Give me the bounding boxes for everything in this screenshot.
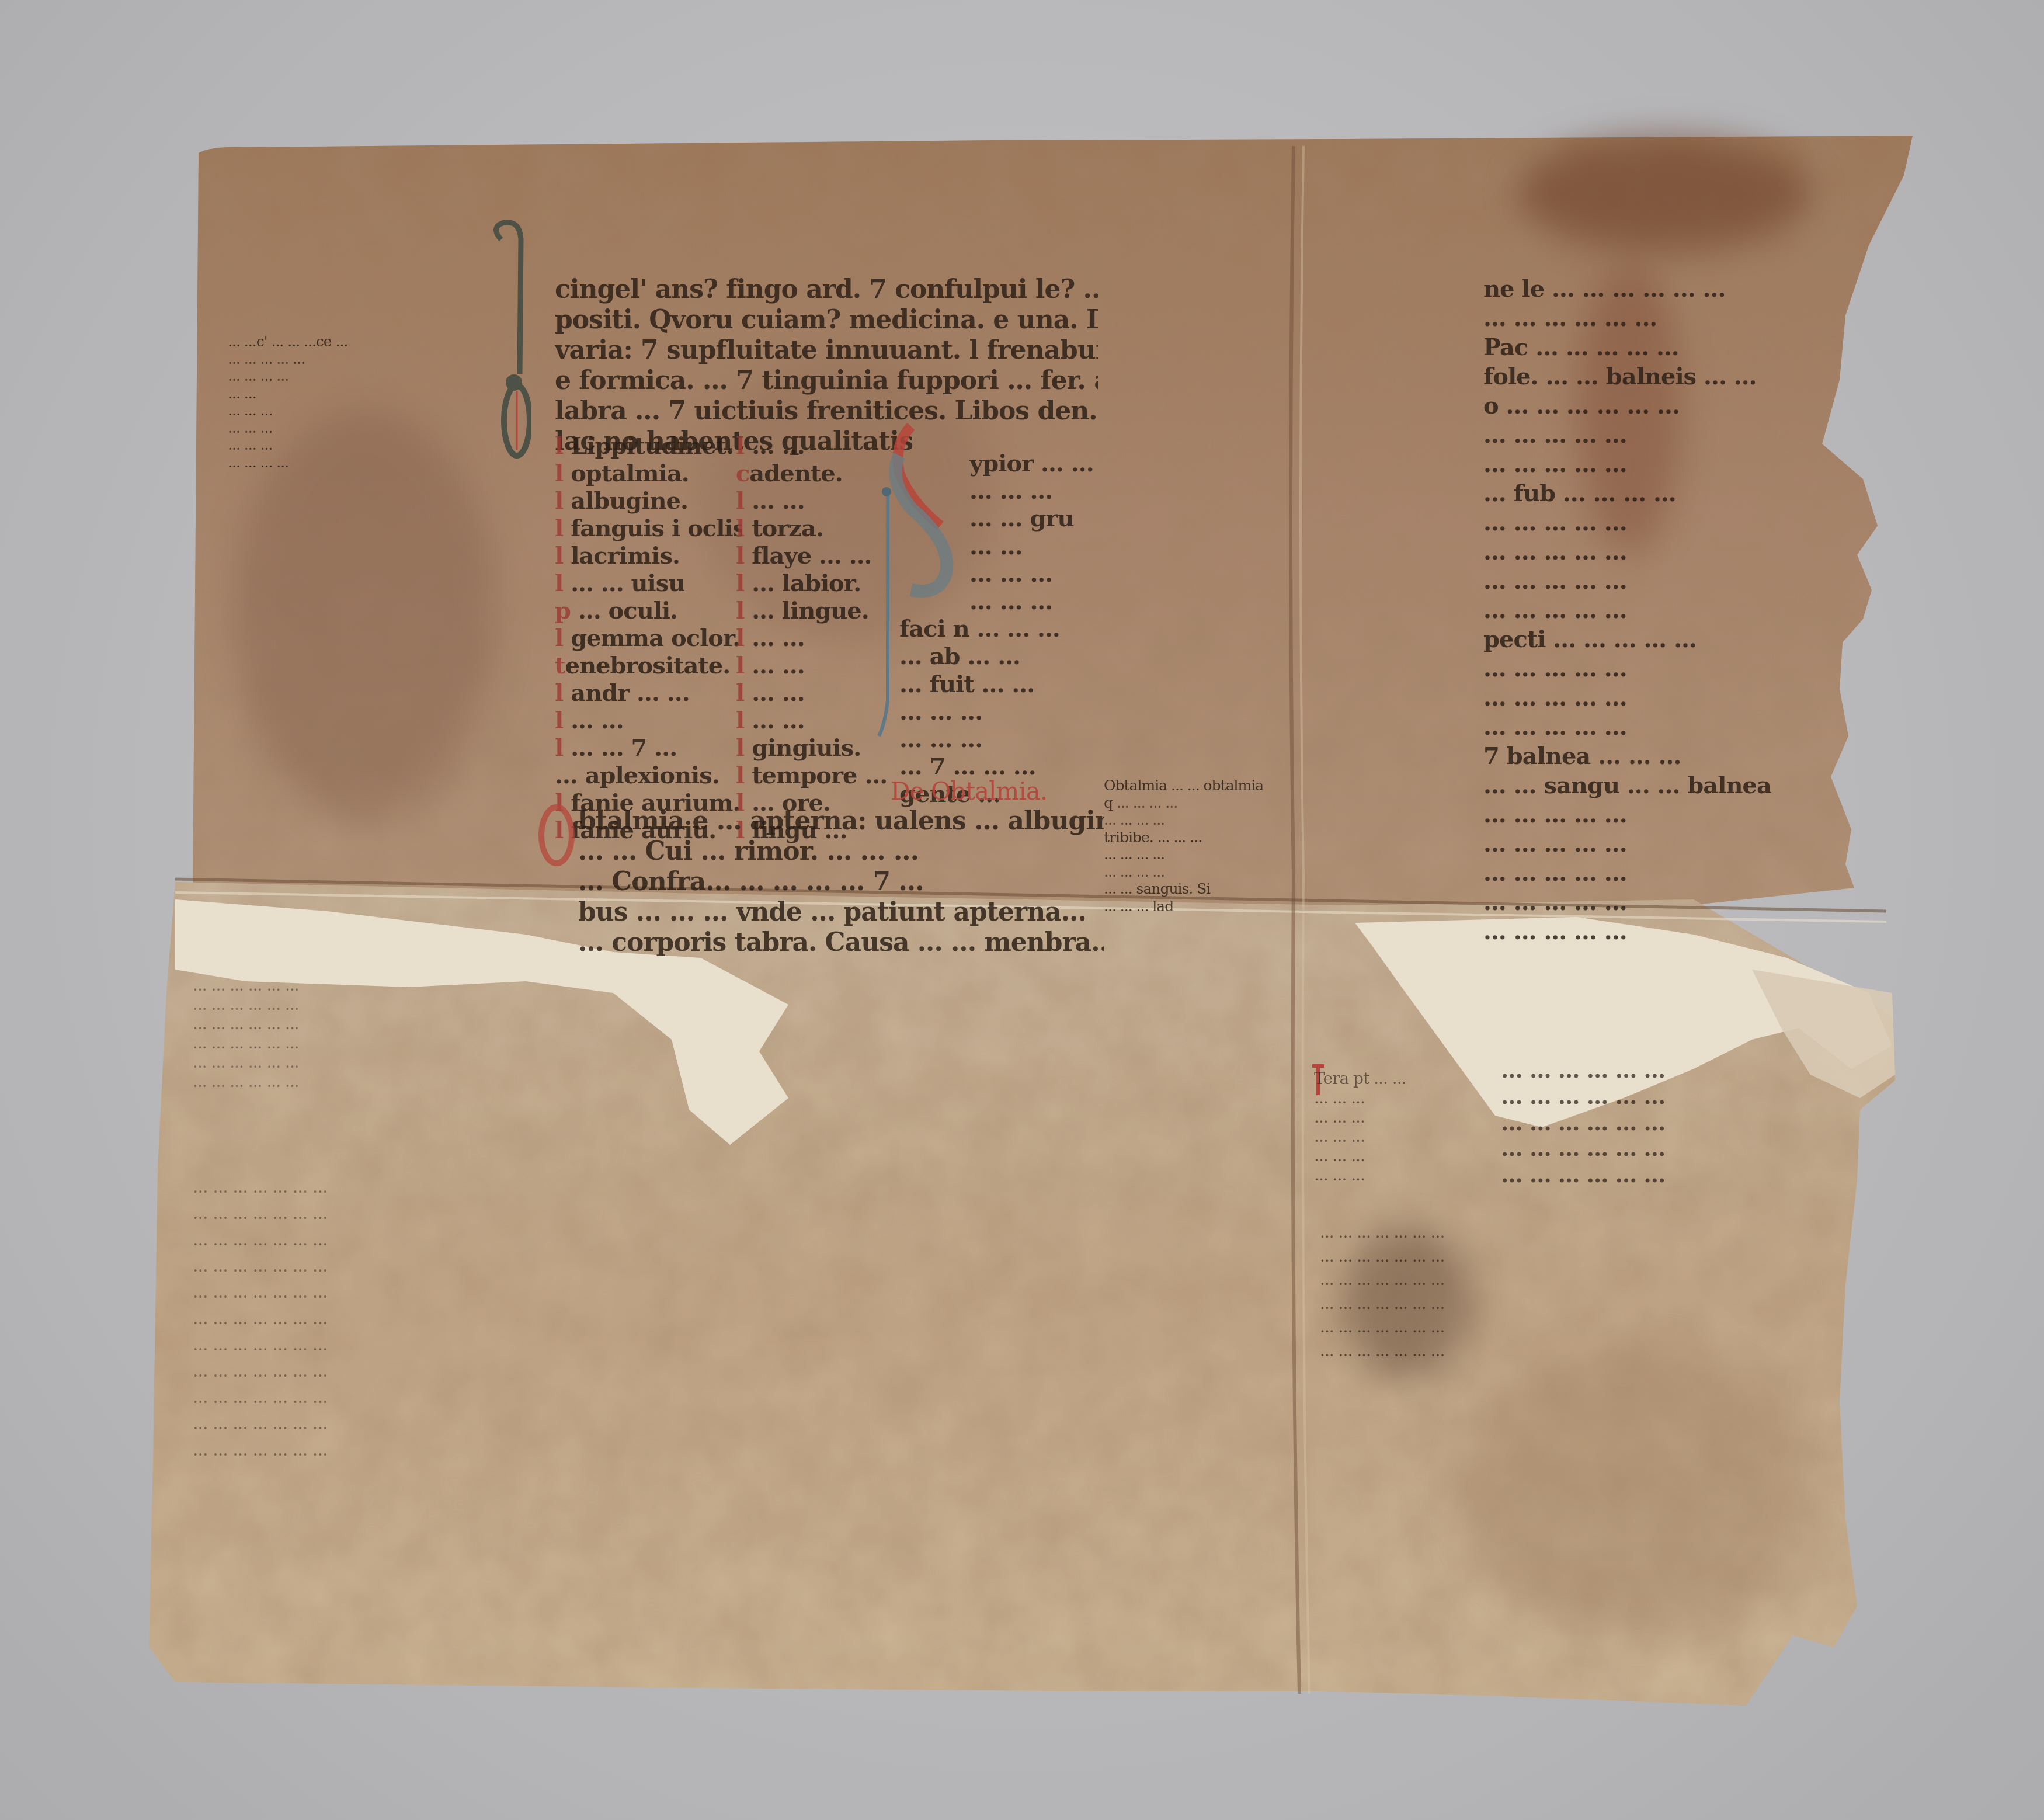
text-line: ... Confra... ... ... ... ... 7 ...: [578, 867, 1104, 897]
chapter-list-item: l ... labior.: [736, 569, 888, 597]
chapter-list-item: l albugine.: [555, 487, 742, 515]
gloss-line: ... ... ... ...: [1104, 811, 1279, 829]
text-line: ... fub ... ... ... ...: [1483, 479, 1845, 508]
initial-i-glyph-icon: [485, 216, 531, 467]
text-line: ... ... ... ... ...: [1483, 508, 1845, 537]
right-lower-text-b: ... ... ... ... ... ... ... ... ... ... …: [1320, 1221, 1845, 1363]
text-line: ... ... ... ... ...: [1483, 654, 1845, 683]
gloss-line: ... ... ... ...: [1104, 846, 1279, 863]
text-line: ... ... ... ... ...: [1483, 567, 1845, 596]
text-line: ... ... ... ... ...: [1483, 450, 1845, 479]
text-line: ... ... ... ... ... ... ...: [193, 1437, 1104, 1463]
text-line: labra ... 7 uictiuis frenitices. Libos d…: [555, 396, 1098, 426]
right-lower-gloss: Tera pt ... ... ... ... ... ... ... ... …: [1314, 1069, 1507, 1185]
gloss-line: q ... ... ... ...: [1104, 794, 1279, 812]
chapter-list-item: l ... ...: [736, 487, 888, 515]
text-line: ... ... ... ... ... ...: [193, 1053, 520, 1072]
text-line: positi. Qvoru cuiam? medicina. e una. Dc…: [555, 305, 1098, 335]
chapter-list-item: l torza.: [736, 515, 888, 542]
text-line: ... ... ... ... ... ... ...: [1320, 1268, 1845, 1292]
text-line: ... ... ... ... ... ...: [193, 995, 520, 1014]
chapter-list-item: l optalmia.: [555, 460, 742, 487]
text-line: ... ... ... ... ... ...: [1501, 1110, 1851, 1136]
chapter-list-item: l fanguis i oclis.: [555, 515, 742, 542]
text-line: o ... ... ... ... ... ...: [1483, 391, 1845, 421]
chapter-list-item: l tempore ...: [736, 762, 888, 789]
gloss-line: Obtalmia ... ... obtalmia: [1104, 777, 1279, 794]
chapter-list-item: l ... ...: [736, 679, 888, 707]
text-line: ... ... ... ... ... ...: [1501, 1083, 1851, 1110]
left-column-b-text: ypior ... ... ... ... ... ... ... gru ..…: [899, 450, 1104, 808]
text-line: ... ... ... ... ... ... ...: [1320, 1221, 1845, 1245]
text-line: faci n ... ... ...: [899, 615, 1104, 642]
text-line: ... ... ...: [1314, 1165, 1507, 1185]
text-line: ... ... ... ... ...: [1483, 683, 1845, 713]
right-main-text: ne le ... ... ... ... ... ... ... ... ..…: [1483, 275, 1845, 946]
chapter-list-item: l ... ... 7 ...: [555, 734, 742, 762]
text-line: ... ... ...: [1314, 1088, 1507, 1107]
text-line: ... ... Cui ... rimor. ... ... ...: [578, 836, 1104, 867]
text-line: ... ... ...: [1314, 1146, 1507, 1165]
left-lower-gloss: ... ... ... ... ... ... ... ... ... ... …: [193, 975, 520, 1091]
chapter-list-item: l ... ...: [736, 707, 888, 734]
text-line: 7 balnea ... ... ...: [1483, 742, 1845, 771]
chapter-list-item: tenebrositate.: [555, 652, 742, 679]
gloss-line: ... ... ... lad: [1104, 898, 1279, 915]
text-line: ... ... ... ... ... ... ...: [193, 1384, 1104, 1411]
text-line: ... ... ... ... ... ... ...: [1320, 1292, 1845, 1316]
chapter-list-item: l flaye ... ...: [736, 542, 888, 569]
text-line: ... ... ... ... ... ...: [193, 975, 520, 995]
chapter-list-item: l lacrimis.: [555, 542, 742, 569]
chapter-list-item: l Lippitudinet.: [555, 432, 742, 460]
text-line: pecti ... ... ... ... ...: [1483, 625, 1845, 654]
text-line: ... ... ... ... ... ... ...: [193, 1279, 1104, 1305]
text-line: ... ... ... ... ...: [1483, 713, 1845, 742]
text-line: ... fuit ... ...: [899, 671, 1104, 698]
text-line: ... ... ... ... ...: [1483, 421, 1845, 450]
stain: [1518, 134, 1810, 251]
chapter-list-item: l andr ... ...: [555, 679, 742, 707]
text-line: ... ab ... ...: [899, 642, 1104, 670]
text-line: ... ... ... ... ... ... ...: [193, 1253, 1104, 1279]
chapter-list-right: l ... ... cadente. l ... ... l torza. l …: [736, 432, 888, 844]
chapter-list-item: p ... oculi.: [555, 597, 742, 624]
text-line: ... ... ... ... ... ...: [193, 1014, 520, 1033]
text-line: Pac ... ... ... ... ...: [1483, 333, 1845, 362]
chapter-list-item: l ... ...: [736, 652, 888, 679]
text-line: bus ... ... ... vnde ... patiunt apterna…: [578, 897, 1104, 928]
text-line: ... ... ... ... ... ... ...: [193, 1332, 1104, 1358]
text-line: ... corporis tabra. Causa ... ... menbra…: [578, 928, 1104, 958]
chapter-list-item: cadente.: [736, 460, 888, 487]
text-line: ... ... ... ... ... ... ...: [1320, 1339, 1845, 1363]
text-line: ... ... ...: [1314, 1127, 1507, 1146]
text-line: ... ... ... ... ... ...: [1501, 1057, 1851, 1083]
chapter-list-item: l gemma oclor.: [555, 624, 742, 652]
chapter-list-item: l ... ...: [736, 624, 888, 652]
text-line: ... ... ...: [899, 725, 1104, 753]
text-line: cingel' ans? fingo ard. 7 confulpui le? …: [555, 275, 1098, 305]
text-line: ... ... ...: [1314, 1107, 1507, 1127]
text-line: ... ... ... ... ... ... ...: [193, 1200, 1104, 1227]
text-line: ... ... ... ... ...: [1483, 917, 1845, 946]
text-line: ... ... ... ... ...: [1483, 859, 1845, 888]
gloss-line: ... ... ... ...: [1104, 863, 1279, 881]
text-line: btalmia e ... apterna: ualens ... albugi…: [578, 806, 1104, 836]
text-line: ... ... ... ... ...: [1483, 888, 1845, 917]
text-line: ... ... ... ... ... ...: [193, 1033, 520, 1053]
chapter-list-left: l Lippitudinet. l optalmia. l albugine. …: [555, 432, 742, 844]
left-lower-text: ... ... ... ... ... ... ... ... ... ... …: [193, 1174, 1104, 1463]
chapter-list-item: ... aplexionis.: [555, 762, 742, 789]
text-line: ... ... ... ... ... ...: [1501, 1135, 1851, 1162]
right-gloss-column: Obtalmia ... ... obtalmia q ... ... ... …: [1104, 777, 1279, 915]
text-line: ... ... ...: [899, 560, 1104, 588]
text-line: ... ... sangu ... ... balnea: [1483, 771, 1845, 800]
parchment-leaf: ... ...c' ... ... ...ce ... ... ... ... …: [0, 0, 2044, 1820]
chapter-text-obtalmia: btalmia e ... apterna: ualens ... albugi…: [578, 806, 1104, 958]
text-line: ... ... ... ... ... ... ...: [193, 1227, 1104, 1253]
text-line: ... ... ... ... ... ... ...: [1320, 1315, 1845, 1339]
text-line: Tera pt ... ...: [1314, 1069, 1507, 1088]
text-line: ... ...: [899, 533, 1104, 560]
gloss-line: tribibe. ... ... ...: [1104, 829, 1279, 846]
text-line: ... ... ... ... ...: [1483, 537, 1845, 567]
chapter-initial-o: [536, 800, 577, 870]
stain: [1460, 1343, 1810, 1635]
text-line: varia: 7 supfluitate innuuant. l frenabu…: [555, 335, 1098, 366]
rubric-heading: De Obtalmia.: [891, 777, 1047, 806]
text-line: ... ... ...: [899, 698, 1104, 725]
text-line: ... ... ... ... ...: [1483, 829, 1845, 859]
text-line: ne le ... ... ... ... ... ...: [1483, 275, 1845, 304]
gloss-line: ... ... sanguis. Si: [1104, 880, 1279, 898]
left-main-text: cingel' ans? fingo ard. 7 confulpui le? …: [555, 275, 1098, 456]
text-line: ypior ... ...: [899, 450, 1104, 477]
chapter-list-item: l ... lingue.: [736, 597, 888, 624]
right-lower-text: ... ... ... ... ... ... ... ... ... ... …: [1501, 1057, 1851, 1188]
chapter-list-item: l ... ... uisu: [555, 569, 742, 597]
text-line: ... ... ... ... ... ...: [1501, 1162, 1851, 1188]
text-line: ... ... ... ... ... ... ...: [193, 1358, 1104, 1384]
text-line: ... ... ... ... ...: [1483, 596, 1845, 625]
text-line: ... ... ... ... ... ... ...: [193, 1305, 1104, 1332]
text-line: ... ... ...: [899, 477, 1104, 505]
chapter-list-item: l ... ...: [555, 707, 742, 734]
text-line: ... ... ... ... ...: [1483, 800, 1845, 829]
text-line: ... ... ... ... ... ... ...: [193, 1411, 1104, 1437]
text-line: ... ... ... ... ... ...: [1483, 304, 1845, 333]
text-line: fole. ... ... balneis ... ...: [1483, 362, 1845, 391]
text-line: ... ... ... ... ... ... ...: [193, 1174, 1104, 1200]
initial-o-glyph-icon: [536, 800, 577, 870]
text-line: ... ... ...: [899, 588, 1104, 615]
text-line: ... ... ... ... ... ...: [193, 1072, 520, 1091]
decorated-initial-i: [485, 216, 531, 467]
chapter-list-item: l gingiuis.: [736, 734, 888, 762]
chapter-list-item: l ... ...: [736, 432, 888, 460]
text-line: ... ... ... ... ... ... ...: [1320, 1245, 1845, 1269]
text-line: ... ... gru: [899, 505, 1104, 532]
text-line: e formica. ... 7 tinguinia fuppori ... f…: [555, 366, 1098, 396]
